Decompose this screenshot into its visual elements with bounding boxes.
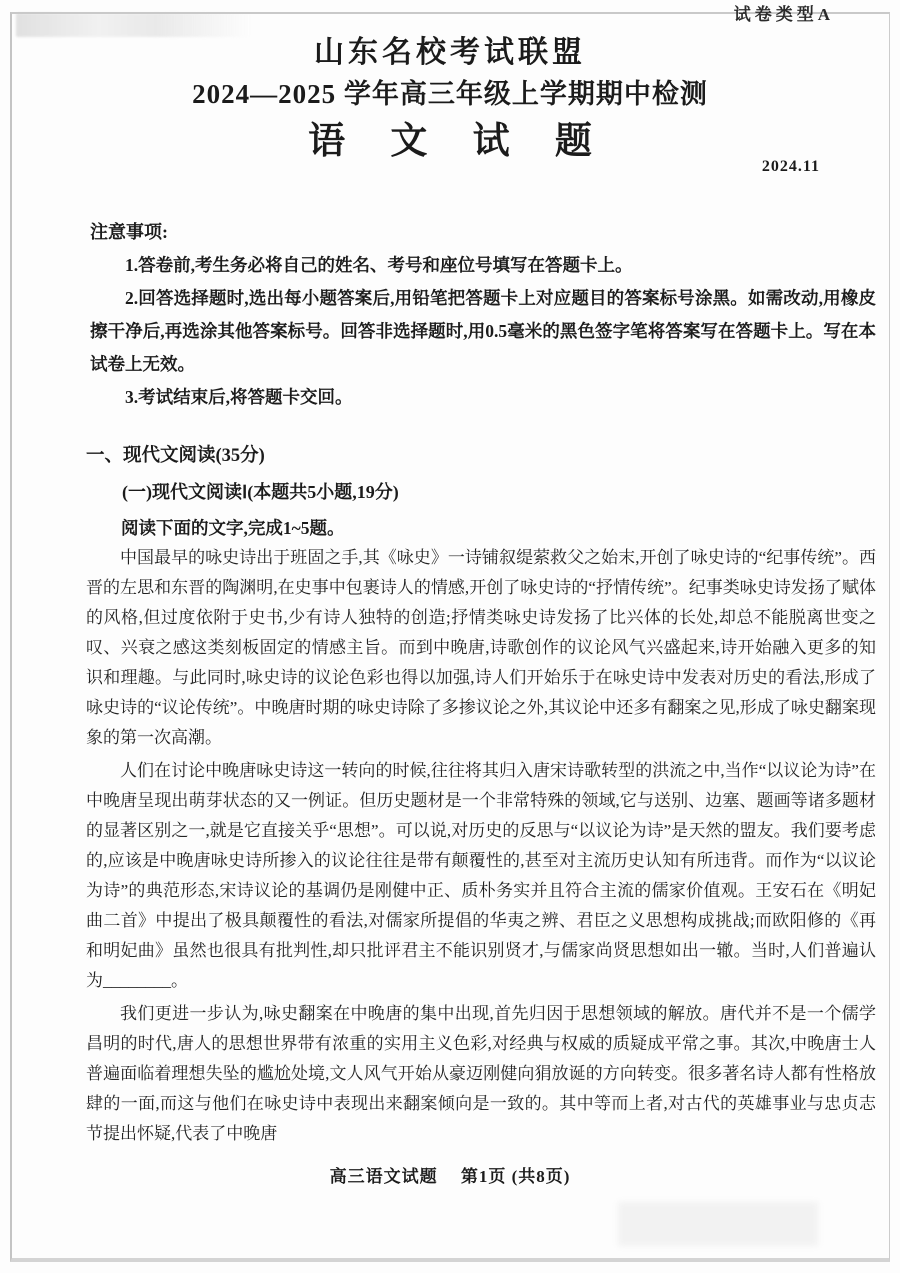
passage-paragraph-2: 人们在讨论中晚唐咏史诗这一转向的时候,往往将其归入唐宋诗歌转型的洪流之中,当作“… xyxy=(86,756,876,996)
exam-date: 2024.11 xyxy=(762,158,820,176)
notice-item-3: 3.考试结束后,将答题卡交回。 xyxy=(90,381,876,414)
notice-item-1: 1.答卷前,考生务必将自己的姓名、考号和座位号填写在答题卡上。 xyxy=(90,249,876,282)
footer-page-number: 第1页 (共8页) xyxy=(461,1167,571,1186)
footer-doc-label: 高三语文试题 xyxy=(330,1167,438,1186)
notice-item-2: 2.回答选择题时,选出每小题答案后,用铅笔把答题卡上对应题目的答案标号涂黑。如需… xyxy=(90,282,876,381)
scanned-exam-page: 试卷类型A 山东名校考试联盟 2024—2025 学年高三年级上学期期中检测 语… xyxy=(0,0,900,1273)
passage-paragraph-3: 我们更进一步认为,咏史翻案在中晚唐的集中出现,首先归因于思想领域的解放。唐代并不… xyxy=(86,999,876,1149)
exam-org-title: 山东名校考试联盟 xyxy=(0,34,900,72)
exam-session-title: 2024—2025 学年高三年级上学期期中检测 xyxy=(0,78,900,112)
exam-body: 一、现代文阅读(35分) (一)现代文阅读Ⅰ(本题共5小题,19分) 阅读下面的… xyxy=(86,441,876,1149)
subsection-heading: (一)现代文阅读Ⅰ(本题共5小题,19分) xyxy=(86,478,876,504)
page-footer: 高三语文试题 第1页 (共8页) xyxy=(0,1162,900,1187)
scan-smudge-bottom-right xyxy=(618,1202,818,1246)
notice-section: 注意事项: 1.答卷前,考生务必将自己的姓名、考号和座位号填写在答题卡上。 2.… xyxy=(90,216,876,414)
notice-heading: 注意事项: xyxy=(90,216,876,249)
reading-instruction: 阅读下面的文字,完成1~5题。 xyxy=(86,515,876,540)
passage-paragraph-1: 中国最早的咏史诗出于班固之手,其《咏史》一诗铺叙缇萦救父之始末,开创了咏史诗的“… xyxy=(86,543,876,753)
paper-type-label: 试卷类型A xyxy=(734,0,834,25)
scan-smudge-top-left xyxy=(16,13,251,37)
section-heading: 一、现代文阅读(35分) xyxy=(86,441,876,467)
